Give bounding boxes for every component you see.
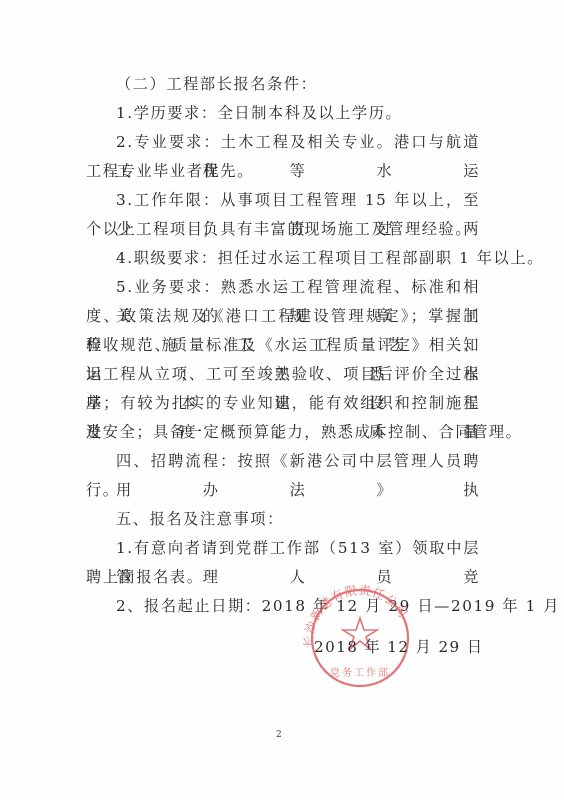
requirement-rank: 4.职级要求：担任过水运工程项目工程部副职 1 年以上。 xyxy=(86,244,480,273)
requirement-business-line2: 度、政策法规及《港口工程建设管理规定》；掌握工程施工工艺、 xyxy=(86,302,480,331)
section-registration-heading: 五、报名及注意事项： xyxy=(86,505,480,534)
document-page: （二）工程部长报名条件： 1.学历要求：全日制本科及以上学历。 2.专业要求：土… xyxy=(0,0,564,800)
requirement-major-line1: 2.专业要求：土木工程及相关专业。港口与航道工程等水运 xyxy=(86,128,480,157)
signature-date: 2018 年 12 月 29 日 xyxy=(314,636,483,657)
requirement-education: 1.学历要求：全日制本科及以上学历。 xyxy=(86,99,480,128)
requirement-business-line5: 序；有较为扎实的专业知识，能有效组织和控制施工进度、质量 xyxy=(86,389,480,418)
registration-item1-line1: 1.有意向者请到党群工作部（513 室）领取中层管理人员竞 xyxy=(86,534,480,563)
section-recruitment-process-line1: 四、招聘流程：按照《新港公司中层管理人员聘用办法》执 xyxy=(86,447,480,476)
requirement-experience-line2: 个以上工程项目，具有丰富的现场施工及管理经验。 xyxy=(86,215,480,244)
requirement-business-line6: 及安全；具备一定概预算能力，熟悉成本控制、合同管理。 xyxy=(86,418,480,447)
official-seal-icon: 长沙新港有限责任公司 党务工作部 xyxy=(298,580,422,690)
requirement-business-line3: 验收规范、质量标准及《水运工程质量评定》相关知识；熟悉水 xyxy=(86,331,480,360)
document-body: （二）工程部长报名条件： 1.学历要求：全日制本科及以上学历。 2.专业要求：土… xyxy=(86,70,480,621)
page-number: 2 xyxy=(276,730,282,740)
seal-bottom-text: 党务工作部 xyxy=(330,666,390,679)
requirement-business-line1: 5.业务要求：熟悉水运工程管理流程、标准和相关的规章制 xyxy=(86,273,480,302)
section-heading-department-head: （二）工程部长报名条件： xyxy=(86,70,480,99)
requirement-experience-line1: 3.工作年限：从事项目工程管理 15 年以上，至少负责过两 xyxy=(86,186,480,215)
requirement-business-line4: 运工程从立项、工可至竣工验收、项目后评价全过程基本建设程 xyxy=(86,360,480,389)
